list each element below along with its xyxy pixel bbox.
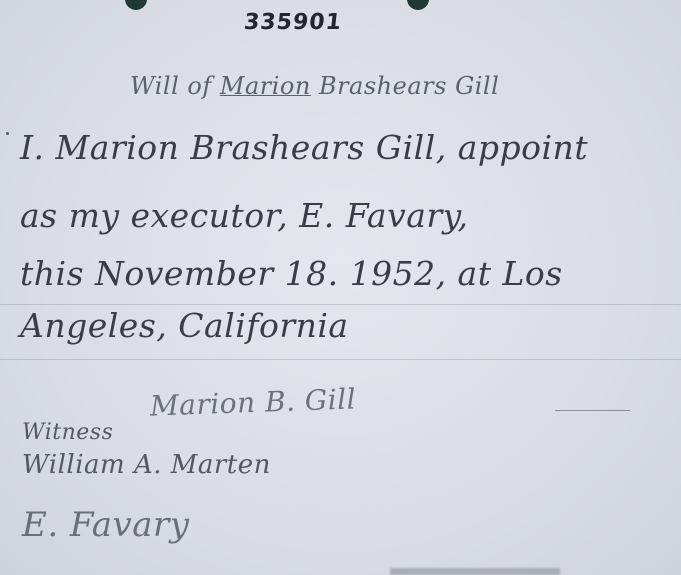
document-title: Will of Marion Brashears Gill <box>130 72 499 100</box>
witness-signature-2: E. Favary <box>22 505 189 545</box>
document-page: 335901 Will of Marion Brashears Gill I. … <box>0 0 681 575</box>
body-line-2: as my executor, E. Favary, <box>20 196 468 235</box>
ink-mark <box>6 132 9 135</box>
punch-hole-left <box>125 0 147 10</box>
testator-signature: Marion B. Gill <box>149 382 356 422</box>
title-suffix: Brashears Gill <box>311 72 499 100</box>
bottom-smudge <box>390 568 560 575</box>
title-name-underlined: Marion <box>220 72 311 100</box>
ruled-line <box>0 359 681 360</box>
body-line-4: Angeles, California <box>20 306 349 345</box>
witness-signature-1: William A. Marten <box>22 450 271 480</box>
body-line-3: this November 18. 1952, at Los <box>20 254 563 293</box>
witness-label: Witness <box>22 420 113 445</box>
body-line-1: I. Marion Brashears Gill, appoint <box>20 128 588 167</box>
punch-hole-right <box>407 0 429 10</box>
title-prefix: Will of <box>130 72 220 100</box>
case-number: 335901 <box>243 10 343 35</box>
ruled-line <box>0 304 681 305</box>
signature-stroke <box>555 410 630 411</box>
